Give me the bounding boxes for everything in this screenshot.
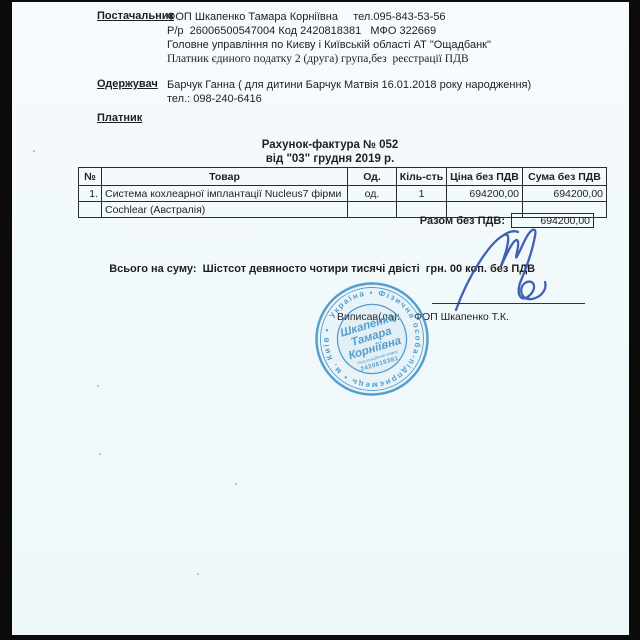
- cell-sum: 694200,00: [523, 186, 607, 202]
- items-table: № Товар Од. Кіль-сть Ціна без ПДВ Сума б…: [78, 167, 607, 218]
- company-stamp: Україна • Фізична особа-підприємець • м.…: [312, 279, 432, 399]
- cell-number: 1.: [79, 186, 102, 202]
- scan-speck: [99, 453, 101, 455]
- cell-quantity: 1: [397, 186, 447, 202]
- table-header-row: № Товар Од. Кіль-сть Ціна без ПДВ Сума б…: [79, 168, 607, 186]
- col-quantity: Кіль-сть: [397, 168, 447, 186]
- supplier-bank: Головне управління по Києву і Київській …: [167, 38, 491, 52]
- invoice-date: від "03" грудня 2019 р.: [200, 153, 460, 165]
- supplier-account: Р/р 26006500547004 Код 2420818381 МФО 32…: [167, 24, 436, 38]
- amount-label: Всього на суму:: [109, 263, 196, 275]
- supplier-tax-status: Платник єдиного податку 2 (друга) група,…: [167, 52, 469, 66]
- col-sum: Сума без ПДВ: [523, 168, 607, 186]
- payer-label: Платник: [97, 112, 142, 124]
- receiver-name: Барчук Ганна ( для дитини Барчук Матвія …: [167, 78, 531, 92]
- scan-speck: [97, 385, 99, 387]
- receiver-phone: тел.: 098-240-6416: [167, 92, 262, 106]
- col-number: №: [79, 168, 102, 186]
- receiver-label: Одержувач: [97, 78, 158, 90]
- scan-speck: [235, 483, 237, 485]
- table-row: 1. Система кохлеарної імплантації Nucleu…: [79, 186, 607, 202]
- col-item: Товар: [102, 168, 348, 186]
- scan-speck: [197, 573, 199, 575]
- signature-stroke-2: [504, 231, 518, 235]
- col-unit: Од.: [348, 168, 397, 186]
- cell-price: 694200,00: [447, 186, 523, 202]
- cell-unit: од.: [348, 186, 397, 202]
- total-label: Разом без ПДВ:: [78, 215, 511, 227]
- supplier-label: Постачальник: [97, 10, 174, 22]
- cell-item: Система кохлеарної імплантації Nucleus7 …: [102, 186, 348, 202]
- scan-speck: [33, 150, 35, 152]
- signature-stroke: [456, 230, 545, 310]
- invoice-page: Постачальник ФОП Шкапенко Тамара Корніїв…: [12, 2, 629, 635]
- col-price: Ціна без ПДВ: [447, 168, 523, 186]
- invoice-title: Рахунок-фактура № 052: [200, 139, 460, 151]
- signature-line: [432, 303, 585, 304]
- supplier-name-phone: ФОП Шкапенко Тамара Корніївна тел.095-84…: [167, 10, 446, 24]
